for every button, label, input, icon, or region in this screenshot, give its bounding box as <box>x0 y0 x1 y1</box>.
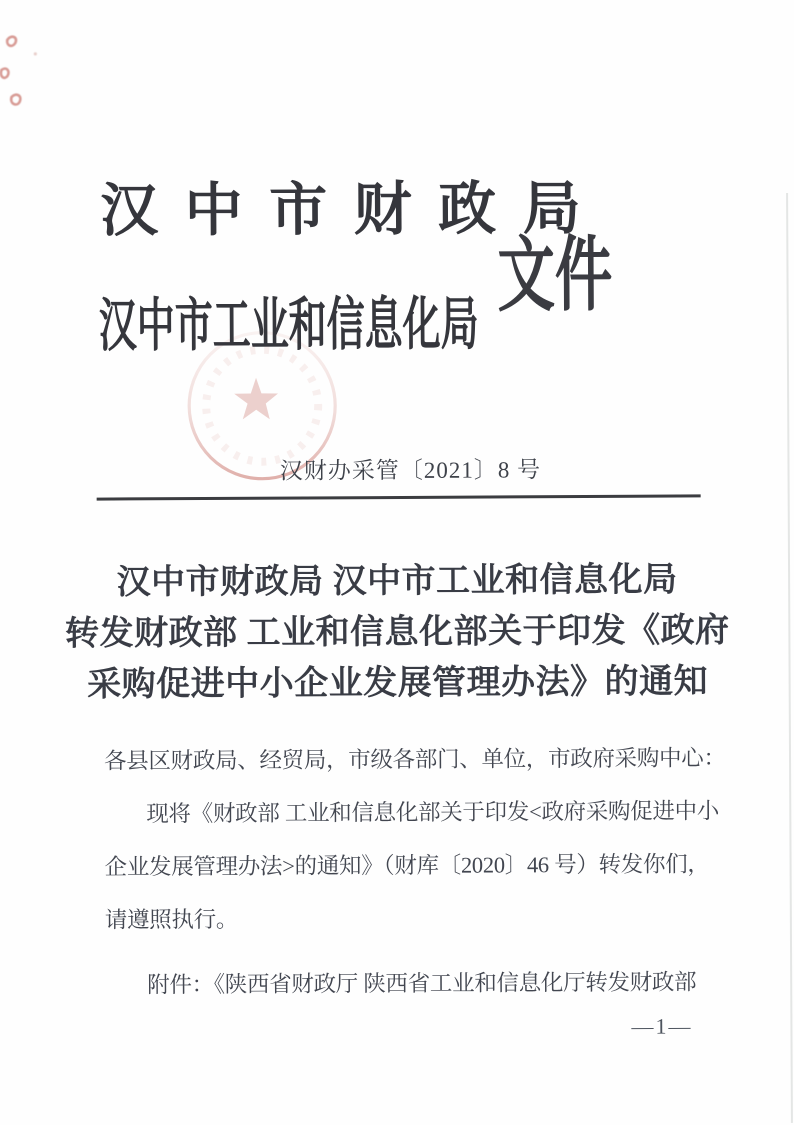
title-line-1: 汉中市财政局 汉中市工业和信息化局 <box>0 554 794 609</box>
seal-text-ring <box>206 349 319 462</box>
document-page: 汉 中 市 财 政 局 汉中市工业和信息化局 文件 汉财办采管〔2021〕8 号… <box>0 0 794 1125</box>
salutation-line: 各县区财政局、经贸局，市级各部门、单位，市政府采购中心： <box>104 731 724 787</box>
body-line-3: 请遵照执行。 <box>105 890 725 946</box>
doc-type-label: 文件 <box>497 210 612 328</box>
attachment-line: 附件：《陕西省财政厅 陕西省工业和信息化厅转发财政部 <box>105 955 725 1011</box>
body-line-2: 企业发展管理办法>的通知》（财库〔2020〕46 号）转发你们， <box>104 837 724 893</box>
title-line-3: 采购促进中小企业发展管理办法》的通知 <box>1 656 794 711</box>
page-number: —1— <box>631 1013 692 1039</box>
document-title: 汉中市财政局 汉中市工业和信息化局 转发财政部 工业和信息化部关于印发《政府 采… <box>0 554 794 711</box>
reference-number: 汉财办采管〔2021〕8 号 <box>13 450 794 487</box>
issuer-name-industry-it-bureau: 汉中市工业和信息化局 <box>99 277 479 363</box>
seal-star-icon <box>234 378 278 420</box>
title-line-2: 转发财政部 工业和信息化部关于印发《政府 <box>0 605 794 660</box>
red-ink-marks <box>0 22 46 132</box>
red-dot <box>34 52 37 55</box>
document-body: 各县区财政局、经贸局，市级各部门、单位，市政府采购中心： 现将《财政部 工业和信… <box>104 731 725 1011</box>
body-line-1: 现将《财政部 工业和信息化部关于印发<政府采购促进中小 <box>104 784 724 840</box>
header-divider <box>97 494 701 500</box>
scanned-sheet: 汉 中 市 财 政 局 汉中市工业和信息化局 文件 汉财办采管〔2021〕8 号… <box>0 0 794 1125</box>
